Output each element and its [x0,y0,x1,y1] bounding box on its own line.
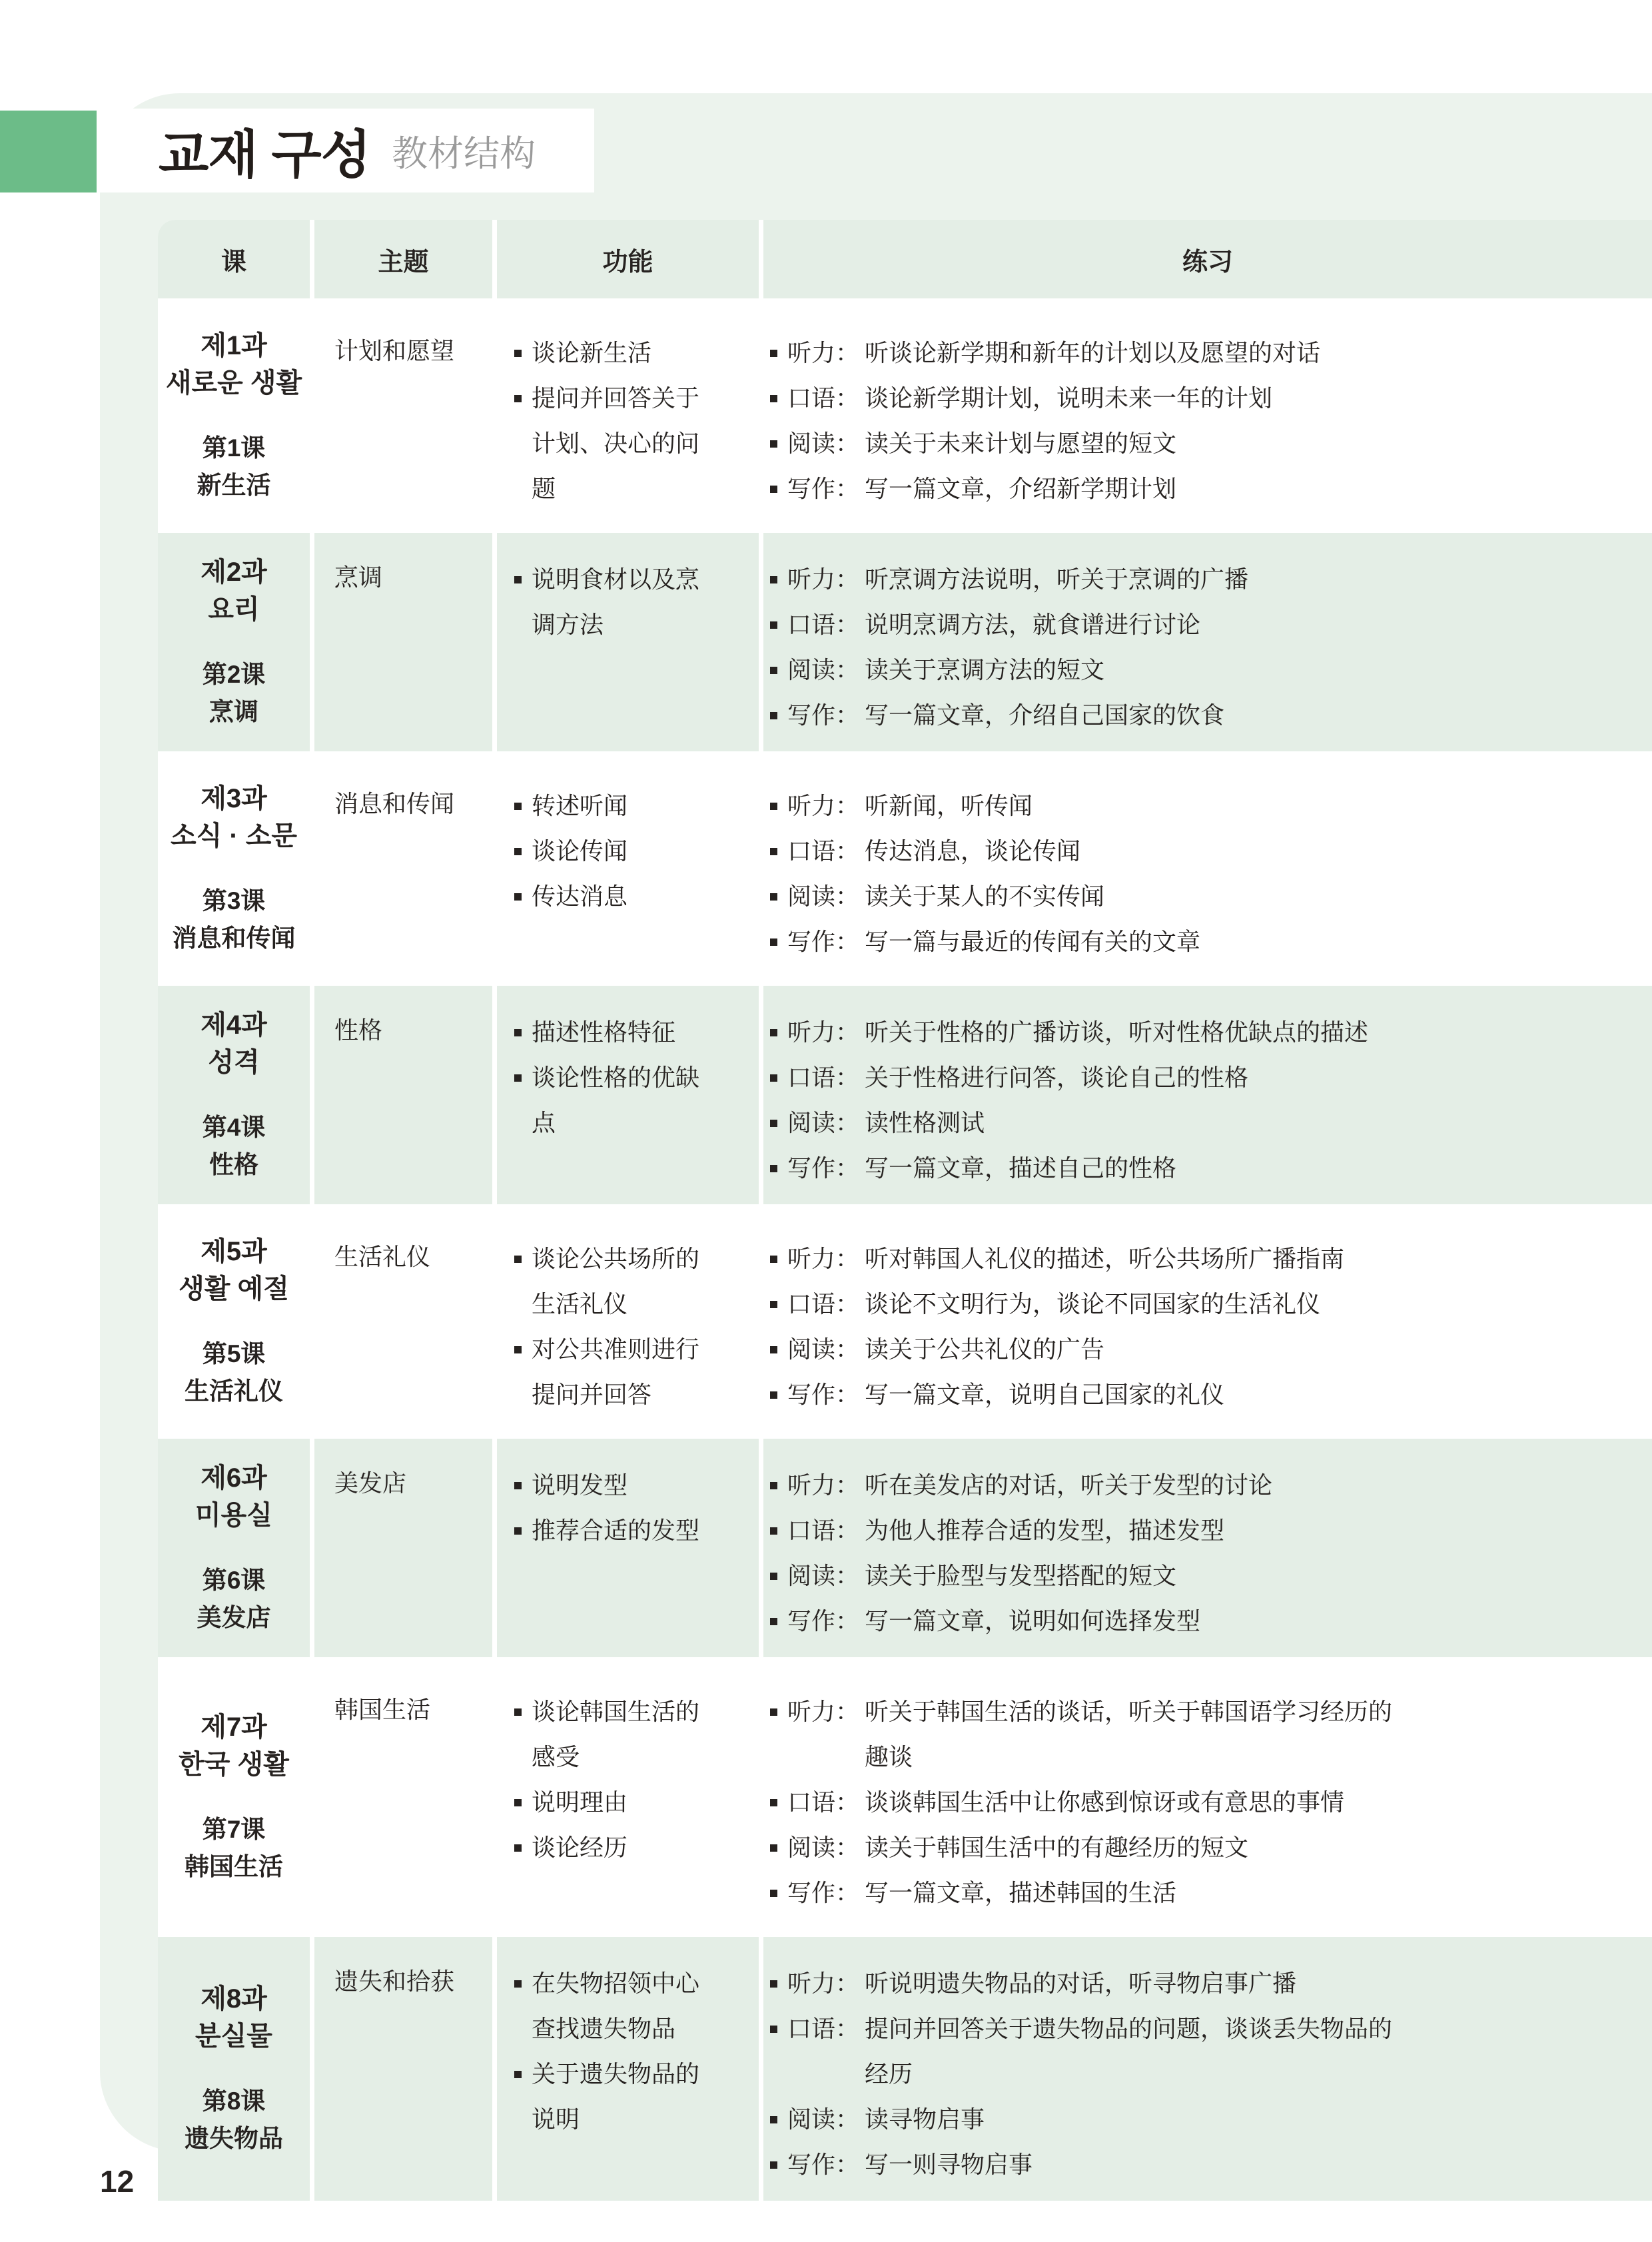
square-bullet-icon [514,1799,522,1806]
practice-item: 听力： 听关于韩国生活的谈话，听关于韩国语学习经历的趣谈 [770,1689,1645,1780]
practice-text: 写一篇文章，介绍自己国家的饮食 [865,693,1224,738]
square-bullet-icon [770,1708,777,1716]
square-bullet-icon [514,848,522,855]
square-bullet-icon [514,2071,522,2078]
functions-cell: 说明发型 推荐合适的发型 [497,1439,759,1657]
square-bullet-icon [770,848,777,855]
lesson-subtitle-korean: 생활 예절 [179,1270,289,1308]
function-item: 谈论公共场所的生活礼仪 [514,1236,752,1327]
practice-text: 写一篇与最近的传闻有关的文章 [865,919,1200,964]
practice-item: 阅读： 读关于未来计划与愿望的短文 [770,421,1645,466]
square-bullet-icon [514,893,522,901]
practice-item: 阅读： 读关于脸型与发型搭配的短文 [770,1553,1645,1599]
lesson-title-korean: 제8과 [201,1980,267,2018]
skill-label: 听力： [787,557,859,602]
square-bullet-icon [770,1799,777,1806]
functions-cell: 在失物招领中心查找遗失物品 关于遗失物品的说明 [497,1937,759,2201]
topic-cell: 烹调 [314,533,492,751]
function-item: 谈论传闻 [514,829,752,874]
skill-label: 写作： [787,1870,859,1916]
function-text: 提问并回答关于计划、决心的问题 [532,376,711,512]
lesson-title-chinese: 第2课 [203,656,266,693]
skill-label: 阅读： [787,1100,859,1146]
square-bullet-icon [770,1890,777,1897]
practice-text: 读关于未来计划与愿望的短文 [865,421,1176,466]
page-number: 12 [100,2163,134,2199]
function-text: 推荐合适的发型 [532,1508,699,1553]
square-bullet-icon [770,1120,777,1127]
lesson-subtitle-chinese: 消息和传闻 [173,920,296,957]
practice-item: 口语： 关于性格进行问答，谈论自己的性格 [770,1055,1645,1100]
practice-text: 读关于烹调方法的短文 [865,647,1104,693]
skill-label: 阅读： [787,2097,859,2142]
square-bullet-icon [770,1844,777,1852]
table-row: 제8과 분실물 第8课 遗失物品 遗失和拾获 在失物招领中心查找遗失物品 关于遗… [158,1937,1652,2201]
practice-item: 写作： 写一篇文章，说明如何选择发型 [770,1599,1645,1644]
lesson-cell: 제8과 분실물 第8课 遗失物品 [158,1937,310,2201]
practice-text: 写一篇文章，介绍新学期计划 [865,466,1176,512]
skill-label: 口语： [787,1055,859,1100]
function-text: 谈论传闻 [532,829,627,874]
lesson-subtitle-chinese: 烹调 [209,693,258,731]
practice-text: 听关于韩国生活的谈话，听关于韩国语学习经历的趣谈 [865,1689,1411,1780]
practice-item: 写作： 写一篇与最近的传闻有关的文章 [770,919,1645,964]
square-bullet-icon [514,1074,522,1082]
practice-item: 阅读： 读关于烹调方法的短文 [770,647,1645,693]
practice-text: 读寻物启事 [865,2097,985,2142]
practice-text: 为他人推荐合适的发型，描述发型 [865,1508,1224,1553]
topic-cell: 遗失和拾获 [314,1937,492,2201]
square-bullet-icon [770,440,777,448]
table-row: 제7과 한국 생활 第7课 韩国生活 韩国生活 谈论韩国生活的感受 说明理由 谈… [158,1665,1652,1929]
practice-text: 听关于性格的广播访谈，听对性格优缺点的描述 [865,1010,1368,1055]
table-row: 제2과 요리 第2课 烹调 烹调 说明食材以及烹调方法 听力： 听烹调方法说明，… [158,533,1652,751]
function-text: 说明理由 [532,1780,627,1825]
practice-text: 说明烹调方法，就食谱进行讨论 [865,602,1200,647]
function-text: 谈论公共场所的生活礼仪 [532,1236,711,1327]
skill-label: 口语： [787,376,859,421]
functions-cell: 谈论公共场所的生活礼仪 对公共准则进行提问并回答 [497,1212,759,1431]
practice-cell: 听力： 听说明遗失物品的对话，听寻物启事广播 口语： 提问并回答关于遗失物品的问… [763,1937,1652,2201]
skill-label: 听力： [787,1236,859,1282]
square-bullet-icon [770,1391,777,1399]
practice-item: 口语： 说明烹调方法，就食谱进行讨论 [770,602,1645,647]
lesson-title-korean: 제2과 [201,554,267,591]
topic-cell: 韩国生活 [314,1665,492,1929]
page-title-band: 교재 구성 教材结构 [100,109,594,192]
square-bullet-icon [770,1618,777,1625]
square-bullet-icon [770,486,777,493]
lesson-subtitle-chinese: 美发店 [197,1599,271,1637]
square-bullet-icon [770,1527,777,1535]
practice-item: 写作： 写一篇文章，说明自己国家的礼仪 [770,1372,1645,1417]
function-item: 传达消息 [514,874,752,919]
table-body: 제1과 새로운 생활 第1课 新生活 计划和愿望 谈论新生活 提问并回答关于计划… [158,306,1652,2201]
practice-item: 阅读： 读寻物启事 [770,2097,1645,2142]
practice-item: 听力： 听烹调方法说明，听关于烹调的广播 [770,557,1645,602]
practice-cell: 听力： 听关于韩国生活的谈话，听关于韩国语学习经历的趣谈 口语： 谈谈韩国生活中… [763,1665,1652,1929]
function-item: 说明食材以及烹调方法 [514,557,752,647]
function-item: 转述听闻 [514,783,752,829]
square-bullet-icon [770,1301,777,1308]
practice-text: 传达消息，谈论传闻 [865,829,1080,874]
functions-cell: 转述听闻 谈论传闻 传达消息 [497,759,759,978]
practice-item: 听力： 听新闻，听传闻 [770,783,1645,829]
lesson-subtitle-korean: 분실물 [195,2018,272,2055]
lesson-subtitle-korean: 한국 생활 [179,1746,289,1783]
function-item: 谈论经历 [514,1825,752,1870]
practice-text: 听烹调方法说明，听关于烹调的广播 [865,557,1248,602]
lesson-subtitle-korean: 요리 [208,591,259,628]
lesson-subtitle-chinese: 遗失物品 [185,2120,283,2157]
topic-cell: 生活礼仪 [314,1212,492,1431]
practice-item: 写作： 写一篇文章，描述韩国的生活 [770,1870,1645,1916]
square-bullet-icon [770,1256,777,1263]
square-bullet-icon [770,576,777,583]
lesson-subtitle-chinese: 新生活 [197,467,271,504]
header-topic: 主题 [314,220,492,298]
square-bullet-icon [770,1980,777,1988]
practice-item: 听力： 听谈论新学期和新年的计划以及愿望的对话 [770,330,1645,376]
lesson-title-korean: 제6과 [201,1459,267,1497]
practice-text: 写一篇文章，说明如何选择发型 [865,1599,1200,1644]
practice-text: 写一篇文章，说明自己国家的礼仪 [865,1372,1224,1417]
practice-text: 读性格测试 [865,1100,985,1146]
lesson-cell: 제5과 생활 예절 第5课 生活礼仪 [158,1212,310,1431]
table-row: 제4과 성격 第4课 性格 性格 描述性格特征 谈论性格的优缺点 听力： 听关于… [158,986,1652,1204]
lesson-subtitle-korean: 소식 · 소문 [171,817,297,855]
square-bullet-icon [514,1980,522,1988]
skill-label: 写作： [787,2142,859,2187]
skill-label: 写作： [787,1146,859,1191]
practice-text: 谈论不文明行为，谈论不同国家的生活礼仪 [865,1282,1320,1327]
practice-item: 口语： 为他人推荐合适的发型，描述发型 [770,1508,1645,1553]
skill-label: 听力： [787,1010,859,1055]
skill-label: 听力： [787,1689,859,1734]
table-row: 제6과 미용실 第6课 美发店 美发店 说明发型 推荐合适的发型 听力： 听在美… [158,1439,1652,1657]
square-bullet-icon [770,1573,777,1580]
function-item: 在失物招领中心查找遗失物品 [514,1961,752,2052]
page-title-chinese: 教材结构 [392,125,536,177]
practice-text: 写一则寻物启事 [865,2142,1032,2187]
square-bullet-icon [514,803,522,810]
practice-item: 阅读： 读关于某人的不实传闻 [770,874,1645,919]
skill-label: 写作： [787,693,859,738]
skill-label: 写作： [787,1599,859,1644]
practice-item: 听力： 听对韩国人礼仪的描述，听公共场所广播指南 [770,1236,1645,1282]
function-item: 谈论韩国生活的感受 [514,1689,752,1780]
skill-label: 阅读： [787,421,859,466]
skill-label: 听力： [787,330,859,376]
functions-cell: 描述性格特征 谈论性格的优缺点 [497,986,759,1204]
function-text: 对公共准则进行提问并回答 [532,1327,711,1417]
function-text: 说明食材以及烹调方法 [532,557,711,647]
square-bullet-icon [514,1844,522,1852]
square-bullet-icon [770,803,777,810]
function-text: 谈论韩国生活的感受 [532,1689,711,1780]
skill-label: 写作： [787,1372,859,1417]
practice-cell: 听力： 听新闻，听传闻 口语： 传达消息，谈论传闻 阅读： 读关于某人的不实传闻… [763,759,1652,978]
practice-text: 谈论新学期计划，说明未来一年的计划 [865,376,1272,421]
lesson-title-korean: 제1과 [201,327,267,364]
square-bullet-icon [514,1482,522,1489]
skill-label: 听力： [787,1463,859,1508]
lesson-subtitle-korean: 미용실 [195,1497,272,1534]
lesson-title-korean: 제7과 [201,1708,267,1746]
lesson-subtitle-chinese: 生活礼仪 [185,1373,283,1410]
practice-item: 写作： 写一篇文章，描述自己的性格 [770,1146,1645,1191]
function-item: 说明发型 [514,1463,752,1508]
square-bullet-icon [514,1256,522,1263]
lesson-cell: 제4과 성격 第4课 性格 [158,986,310,1204]
skill-label: 听力： [787,783,859,829]
lesson-title-korean: 제4과 [201,1006,267,1044]
functions-cell: 说明食材以及烹调方法 [497,533,759,751]
lesson-cell: 제6과 미용실 第6课 美发店 [158,1439,310,1657]
header-lesson: 课 [158,220,310,298]
lesson-title-korean: 제3과 [201,780,267,817]
practice-text: 读关于某人的不实传闻 [865,874,1104,919]
table-row: 제3과 소식 · 소문 第3课 消息和传闻 消息和传闻 转述听闻 谈论传闻 传达… [158,759,1652,978]
function-item: 描述性格特征 [514,1010,752,1055]
skill-label: 阅读： [787,1327,859,1372]
practice-text: 写一篇文章，描述自己的性格 [865,1146,1176,1191]
practice-text: 听新闻，听传闻 [865,783,1032,829]
function-text: 描述性格特征 [532,1010,675,1055]
practice-item: 口语： 谈论不文明行为，谈论不同国家的生活礼仪 [770,1282,1645,1327]
square-bullet-icon [770,621,777,629]
lesson-title-chinese: 第7课 [203,1811,266,1848]
practice-item: 口语： 谈谈韩国生活中让你感到惊讶或有意思的事情 [770,1780,1645,1825]
practice-text: 听谈论新学期和新年的计划以及愿望的对话 [865,330,1320,376]
practice-item: 听力： 听在美发店的对话，听关于发型的讨论 [770,1463,1645,1508]
square-bullet-icon [770,1029,777,1036]
practice-cell: 听力： 听在美发店的对话，听关于发型的讨论 口语： 为他人推荐合适的发型，描述发… [763,1439,1652,1657]
functions-cell: 谈论韩国生活的感受 说明理由 谈论经历 [497,1665,759,1929]
practice-cell: 听力： 听关于性格的广播访谈，听对性格优缺点的描述 口语： 关于性格进行问答，谈… [763,986,1652,1204]
practice-text: 读关于公共礼仪的广告 [865,1327,1104,1372]
table-row: 제1과 새로운 생활 第1课 新生活 计划和愿望 谈论新生活 提问并回答关于计划… [158,306,1652,525]
square-bullet-icon [514,350,522,357]
lesson-subtitle-chinese: 韩国生活 [185,1848,283,1886]
square-bullet-icon [770,893,777,901]
lesson-title-chinese: 第5课 [203,1335,266,1373]
function-item: 谈论性格的优缺点 [514,1055,752,1146]
practice-item: 听力： 听关于性格的广播访谈，听对性格优缺点的描述 [770,1010,1645,1055]
function-item: 提问并回答关于计划、决心的问题 [514,376,752,512]
skill-label: 听力： [787,1961,859,2006]
square-bullet-icon [770,1074,777,1082]
practice-cell: 听力： 听对韩国人礼仪的描述，听公共场所广播指南 口语： 谈论不文明行为，谈论不… [763,1212,1652,1431]
lesson-title-korean: 제5과 [201,1233,267,1270]
accent-green-square [0,111,97,192]
function-text: 传达消息 [532,874,627,919]
function-text: 说明发型 [532,1463,627,1508]
practice-text: 关于性格进行问答，谈论自己的性格 [865,1055,1248,1100]
function-text: 谈论经历 [532,1825,627,1870]
practice-text: 谈谈韩国生活中让你感到惊讶或有意思的事情 [865,1780,1344,1825]
square-bullet-icon [514,576,522,583]
practice-item: 写作： 写一篇文章，介绍新学期计划 [770,466,1645,512]
lesson-subtitle-korean: 성격 [208,1044,259,1081]
page-title-korean: 교재 구성 [159,113,370,188]
practice-item: 口语： 提问并回答关于遗失物品的问题，谈谈丢失物品的经历 [770,2006,1645,2097]
skill-label: 口语： [787,602,859,647]
square-bullet-icon [770,2161,777,2169]
curriculum-table: 课 主题 功能 练习 제1과 새로운 생활 第1课 新生活 计划和愿望 谈论新生… [158,220,1652,2209]
practice-cell: 听力： 听烹调方法说明，听关于烹调的广播 口语： 说明烹调方法，就食谱进行讨论 … [763,533,1652,751]
function-text: 转述听闻 [532,783,627,829]
topic-cell: 计划和愿望 [314,306,492,525]
square-bullet-icon [770,712,777,719]
square-bullet-icon [770,350,777,357]
square-bullet-icon [514,395,522,402]
table-row: 제5과 생활 예절 第5课 生活礼仪 生活礼仪 谈论公共场所的生活礼仪 对公共准… [158,1212,1652,1431]
practice-item: 口语： 传达消息，谈论传闻 [770,829,1645,874]
header-function: 功能 [497,220,759,298]
functions-cell: 谈论新生活 提问并回答关于计划、决心的问题 [497,306,759,525]
skill-label: 阅读： [787,1553,859,1599]
lesson-title-chinese: 第4课 [203,1109,266,1146]
square-bullet-icon [514,1346,522,1353]
square-bullet-icon [770,1165,777,1172]
lesson-cell: 제1과 새로운 생활 第1课 新生活 [158,306,310,525]
square-bullet-icon [770,938,777,946]
skill-label: 口语： [787,2006,859,2052]
practice-text: 听对韩国人礼仪的描述，听公共场所广播指南 [865,1236,1344,1282]
skill-label: 口语： [787,1508,859,1553]
lesson-title-chinese: 第8课 [203,2083,266,2120]
practice-text: 写一篇文章，描述韩国的生活 [865,1870,1176,1916]
topic-cell: 美发店 [314,1439,492,1657]
table-header-row: 课 主题 功能 练习 [158,220,1652,298]
practice-item: 写作： 写一篇文章，介绍自己国家的饮食 [770,693,1645,738]
lesson-cell: 제3과 소식 · 소문 第3课 消息和传闻 [158,759,310,978]
skill-label: 阅读： [787,1825,859,1870]
lesson-cell: 제2과 요리 第2课 烹调 [158,533,310,751]
practice-item: 阅读： 读关于公共礼仪的广告 [770,1327,1645,1372]
skill-label: 阅读： [787,874,859,919]
function-text: 谈论新生活 [532,330,651,376]
function-item: 对公共准则进行提问并回答 [514,1327,752,1417]
practice-text: 听说明遗失物品的对话，听寻物启事广播 [865,1961,1296,2006]
skill-label: 写作： [787,919,859,964]
square-bullet-icon [514,1527,522,1535]
lesson-subtitle-chinese: 性格 [209,1146,258,1184]
practice-text: 读关于脸型与发型搭配的短文 [865,1553,1176,1599]
function-text: 谈论性格的优缺点 [532,1055,711,1146]
square-bullet-icon [770,2026,777,2033]
skill-label: 口语： [787,829,859,874]
practice-item: 阅读： 读关于韩国生活中的有趣经历的短文 [770,1825,1645,1870]
function-text: 在失物招领中心查找遗失物品 [532,1961,711,2052]
practice-text: 听在美发店的对话，听关于发型的讨论 [865,1463,1272,1508]
practice-text: 提问并回答关于遗失物品的问题，谈谈丢失物品的经历 [865,2006,1411,2097]
function-item: 关于遗失物品的说明 [514,2052,752,2142]
function-item: 说明理由 [514,1780,752,1825]
skill-label: 阅读： [787,647,859,693]
square-bullet-icon [770,1482,777,1489]
function-item: 谈论新生活 [514,330,752,376]
skill-label: 口语： [787,1780,859,1825]
practice-text: 读关于韩国生活中的有趣经历的短文 [865,1825,1248,1870]
lesson-subtitle-korean: 새로운 생활 [166,364,302,402]
skill-label: 口语： [787,1282,859,1327]
practice-item: 阅读： 读性格测试 [770,1100,1645,1146]
square-bullet-icon [514,1708,522,1716]
function-text: 关于遗失物品的说明 [532,2052,711,2142]
function-item: 推荐合适的发型 [514,1508,752,1553]
topic-cell: 性格 [314,986,492,1204]
practice-item: 写作： 写一则寻物启事 [770,2142,1645,2187]
lesson-title-chinese: 第6课 [203,1562,266,1599]
practice-cell: 听力： 听谈论新学期和新年的计划以及愿望的对话 口语： 谈论新学期计划，说明未来… [763,306,1652,525]
header-practice: 练习 [763,220,1652,298]
practice-item: 口语： 谈论新学期计划，说明未来一年的计划 [770,376,1645,421]
square-bullet-icon [514,1029,522,1036]
skill-label: 写作： [787,466,859,512]
topic-cell: 消息和传闻 [314,759,492,978]
square-bullet-icon [770,1346,777,1353]
lesson-title-chinese: 第1课 [203,430,266,467]
square-bullet-icon [770,395,777,402]
square-bullet-icon [770,2116,777,2123]
square-bullet-icon [770,667,777,674]
practice-item: 听力： 听说明遗失物品的对话，听寻物启事广播 [770,1961,1645,2006]
lesson-title-chinese: 第3课 [203,883,266,920]
lesson-cell: 제7과 한국 생활 第7课 韩国生活 [158,1665,310,1929]
